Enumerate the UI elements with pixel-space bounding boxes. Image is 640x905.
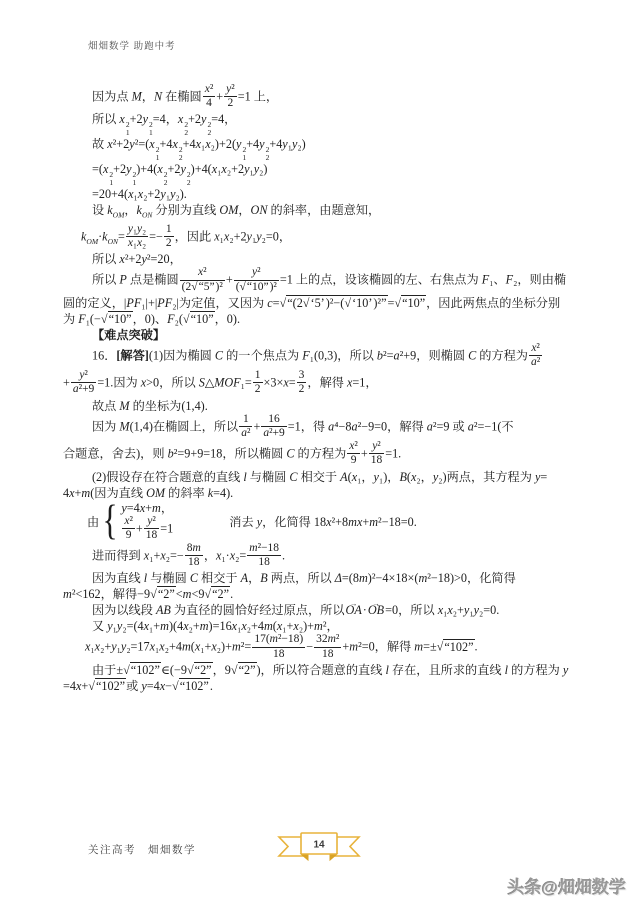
text-line: 进而得到 x₁+x₂=−8m18，x₁·x₂=m²−1818. <box>63 543 594 570</box>
text-line: 因为 M(1,4)在椭圆上，所以1a²+16a²+9=1，得 a⁴−8a²−9=… <box>63 414 594 441</box>
text-line: =(x21+2y21)+4(x22+2y22)+4(x₁x₂+2y₁y₂) <box>63 161 594 186</box>
page-number: 14 <box>313 840 325 851</box>
text-line: kOM·kON=y₁y₂x₁x₂=−12，因此 x₁x₂+2y₁y₂=0， <box>63 224 594 251</box>
text-line: 所以 P 点是椭圆x²(2√5)²+y²(√10)²=1 上的点，设该椭圆的左、… <box>63 267 594 294</box>
footer-slogan: 关注高考 畑畑数学 <box>88 842 196 857</box>
text-line: 因为直线 l 与椭圆 C 相交于 A，B 两点，所以 Δ=(8m)²−4×18×… <box>63 570 594 586</box>
page-number-ribbon: 14 <box>277 830 361 862</box>
text-line: 为 F₁(−√10，0)、F₂(√10，0). <box>63 311 594 327</box>
text-line: 合题意，舍去)，则 b²=9+9=18，所以椭圆 C 的方程为x²9+y²18=… <box>63 441 594 468</box>
text-line: 因为以线段 AB 为直径的圆恰好经过原点，所以OA·OB=0，所以 x₁x₂+y… <box>63 602 594 618</box>
document-page: 畑畑数学 助跑中考 因为点 M，N 在椭圆x²4+y²2=1 上，所以 x21+… <box>0 0 640 905</box>
text-line: 故 x²+2y²=(x21+4x22+4x₁x₂)+2(y21+4y22+4y₁… <box>63 136 594 161</box>
text-line: 因为点 M，N 在椭圆x²4+y²2=1 上， <box>63 84 594 111</box>
text-line: x₁x₂+y₁y₂=17x₁x₂+4m(x₁+x₂)+m²=17(m²−18)1… <box>63 634 594 661</box>
text-line: 又 y₁y₂=(4x₁+m)(4x₂+m)=16x₁x₂+4m(x₁+x₂)+m… <box>63 618 594 634</box>
text-line: 故点 M 的坐标为(1,4). <box>63 398 594 414</box>
text-line: 16．[解答](1)因为椭圆 C 的一个焦点为 F₁(0,3)，所以 b²=a²… <box>63 343 594 370</box>
text-line: 所以 x²+2y²=20， <box>63 251 594 267</box>
text-line: 由于±√102∈(−9√2，9√2)，所以符合题意的直线 l 存在，且所求的直线… <box>63 662 594 678</box>
ribbon-left-fold <box>301 854 308 860</box>
text-line: +y²a²+9=1.因为 x>0，所以 S△MOF₁=12×3×x=32，解得 … <box>63 370 594 397</box>
text-line: 由{y=4x+m，x²9+y²18=1消去 y，化简得 18x²+8mx+m²−… <box>63 501 594 543</box>
text-line: 设 kOM，kON 分别为直线 OM，ON 的斜率，由题意知， <box>63 202 594 223</box>
text-line: 4x+m(因为直线 OM 的斜率 k=4). <box>63 485 594 501</box>
text-line: =20+4(x₁x₂+2y₁y₂). <box>63 186 594 202</box>
text-line: 所以 x21+2y21=4，x22+2y22=4， <box>63 111 594 136</box>
text-line: 【难点突破】 <box>63 327 594 343</box>
text-line: m²<162，解得−9√2<m<9√2. <box>63 586 594 602</box>
text-line: =4x+√102或 y=4x−√102. <box>63 678 594 694</box>
text-line: (2)假设存在符合题意的直线 l 与椭圆 C 相交于 A(x₁，y₁)，B(x₂… <box>63 469 594 485</box>
document-body: 因为点 M，N 在椭圆x²4+y²2=1 上，所以 x21+2y21=4，x22… <box>0 0 640 694</box>
ribbon-right-fold <box>330 854 337 860</box>
text-line: 圆的定义，|PF₁|+|PF₂|为定值，又因为 c=√(2√5)²−(√10)²… <box>63 295 594 311</box>
toutiao-watermark: 头条@畑畑数学 <box>507 873 626 898</box>
